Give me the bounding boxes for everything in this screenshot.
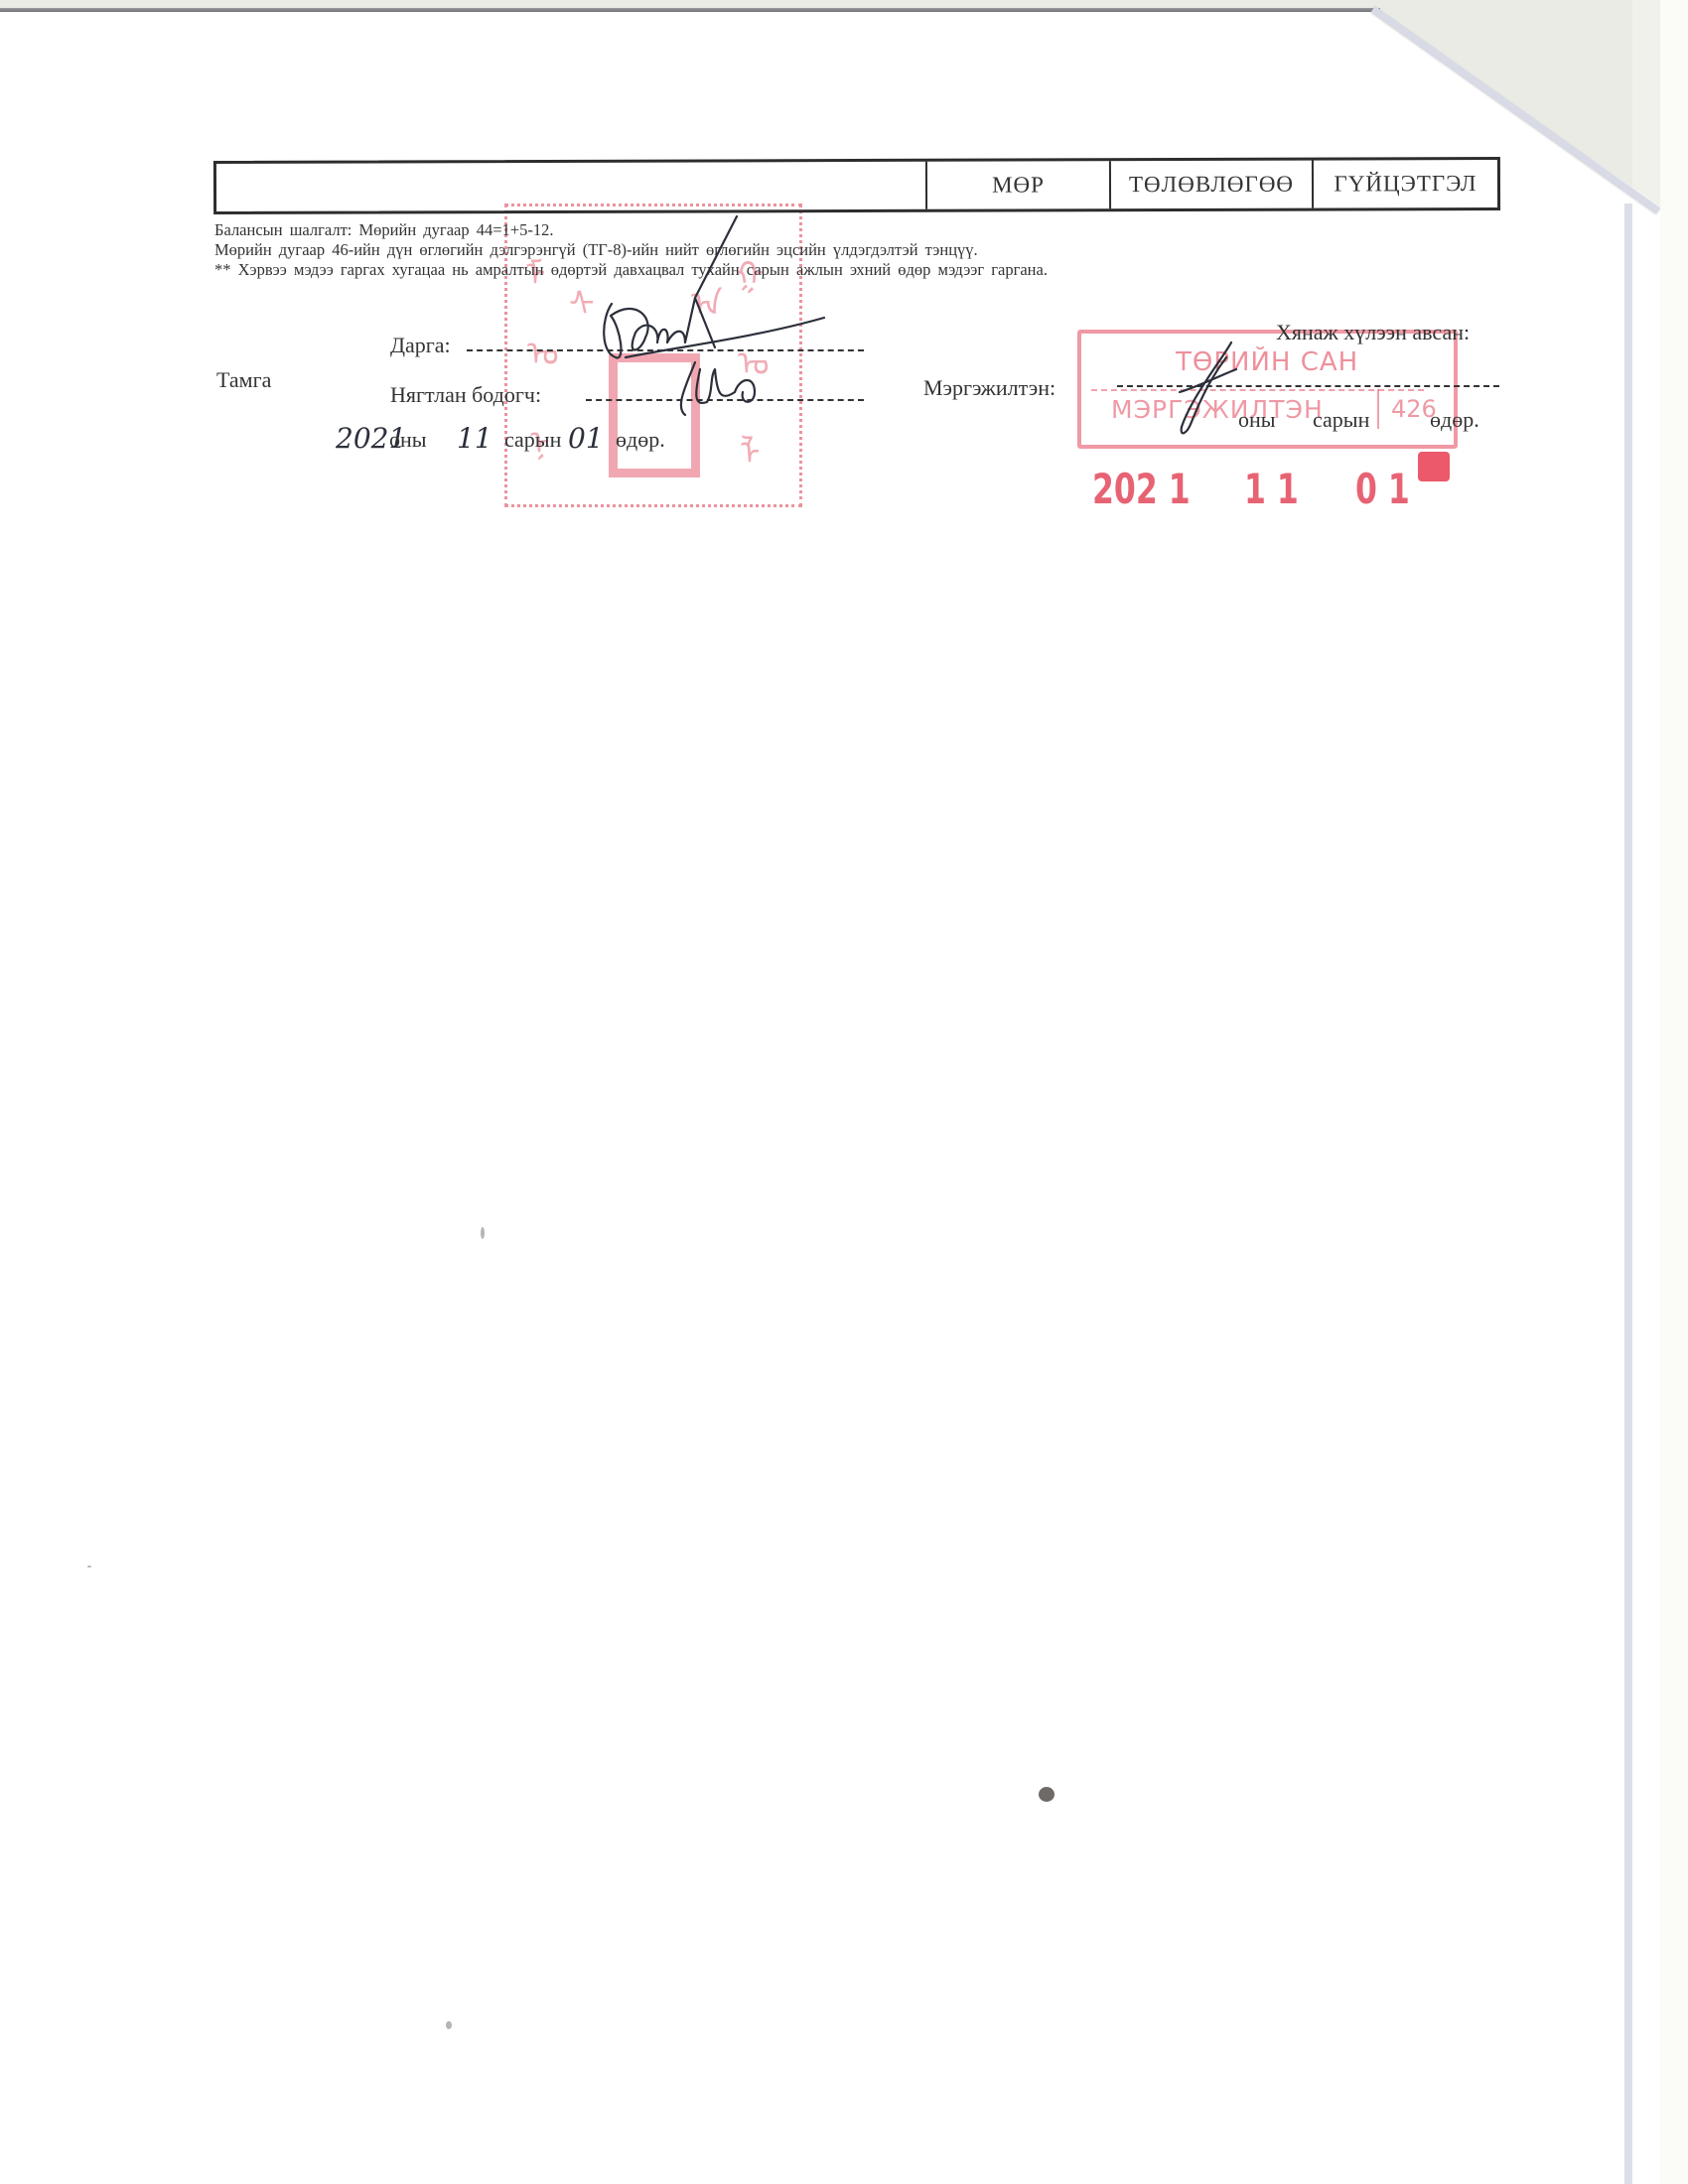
treasury-stamp-title: ТӨРИЙН САН (1176, 347, 1358, 377)
note-balance-check: Балансын шалгалт: Мөрийн дугаар 44=1+5-1… (214, 220, 1048, 240)
header-cell-actual: ГҮЙЦЭТГЭЛ (1314, 160, 1497, 208)
date-day-suffix: өдөр. (616, 427, 665, 453)
note-row-46: Мөрийн дугаар 46-ийн дүн өглөгийн дэлгэр… (214, 240, 1048, 260)
page-right-edge (1624, 204, 1632, 2184)
accountant-label: Нягтлан бодогч: (390, 382, 541, 408)
header-cell-plan: ТӨЛӨВЛӨГӨӨ (1111, 161, 1314, 209)
right-date-year-suffix: оны (1238, 407, 1276, 433)
scanner-background-edge (1660, 0, 1688, 2184)
date-stamp-day: 0 1 (1355, 465, 1410, 513)
scan-speck (446, 2021, 452, 2029)
seal-label: Тамга (216, 367, 271, 393)
header-cell-blank (216, 162, 927, 211)
reviewed-label: Хянаж хүлээн авсан: (1276, 320, 1470, 345)
note-deadline: ** Хэрвээ мэдээ гаргах хугацаа нь амралт… (214, 260, 1048, 280)
director-label: Дарга: (390, 333, 451, 358)
date-stamp-ink-block (1418, 452, 1450, 481)
header-cell-row: МӨР (927, 161, 1111, 209)
director-signature-line (467, 349, 864, 351)
specialist-label: Мэргэжилтэн: (923, 375, 1055, 401)
scan-speck (481, 1227, 485, 1239)
date-year-suffix: оны (389, 427, 427, 453)
scan-speck (1039, 1787, 1055, 1802)
page-top-edge (0, 8, 1380, 12)
date-month-suffix: сарын (504, 427, 561, 453)
date-day-handwritten: 01 (568, 422, 604, 455)
date-stamp-year: 202 1 (1092, 465, 1191, 513)
right-date-day-suffix: өдөр. (1430, 407, 1479, 433)
notes-block: Балансын шалгалт: Мөрийн дугаар 44=1+5-1… (214, 220, 1048, 280)
scan-speck (87, 1566, 91, 1568)
specialist-signature-line (1117, 385, 1499, 387)
date-month-handwritten: 11 (457, 422, 492, 455)
summary-header-table: МӨР ТӨЛӨВЛӨГӨӨ ГҮЙЦЭТГЭЛ (213, 157, 1500, 214)
right-date-month-suffix: сарын (1313, 407, 1369, 433)
seal-soyombo-emblem (609, 353, 700, 478)
accountant-signature-line (586, 399, 864, 401)
treasury-stamp-role: МЭРГЭЖИЛТЭН (1111, 395, 1324, 424)
date-stamp-month: 1 1 (1244, 465, 1299, 513)
